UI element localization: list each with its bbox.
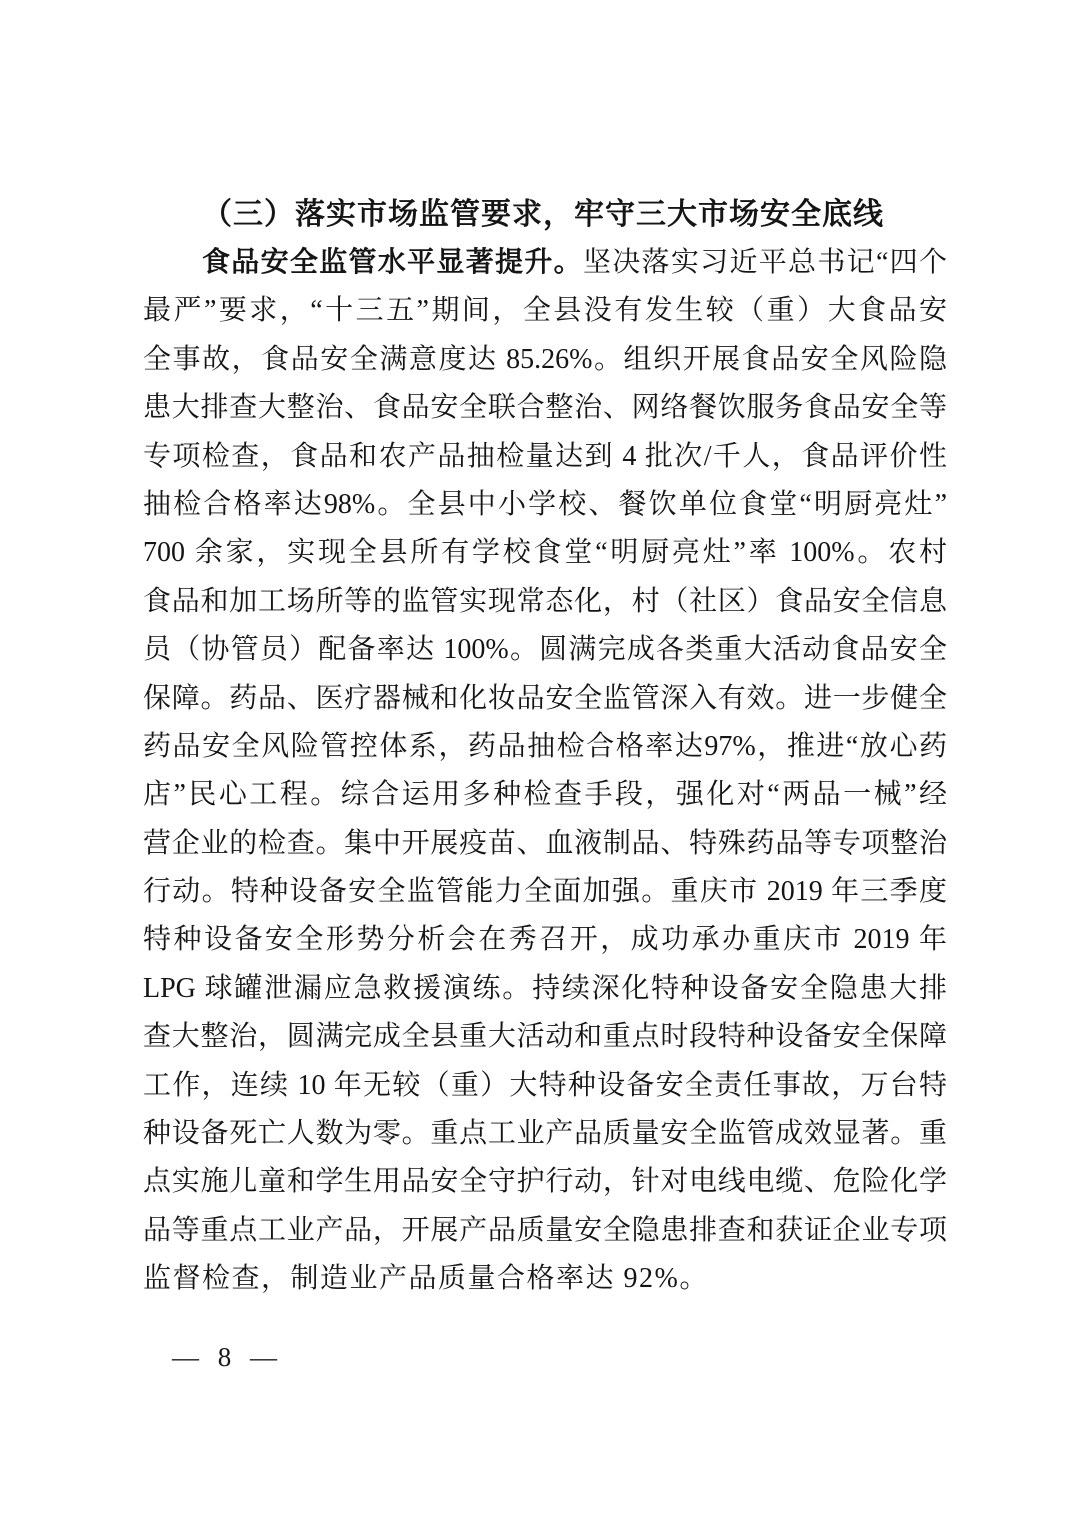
paragraph-line: 食品和加工场所等的监管实现常态化，村（社区）食品安全信息 xyxy=(143,578,947,626)
text-block: （三）落实市场监管要求，牢守三大市场安全底线 食品安全监管水平显著提升。坚决落实… xyxy=(143,190,947,1304)
page-number: — 8 — xyxy=(172,1342,283,1373)
paragraph-line: 查大整治，圆满完成全县重大活动和重点时段特种设备安全保障 xyxy=(143,1013,947,1061)
paragraph-body: 最严”要求，“十三五”期间，全县没有发生较（重）大食品安全事故，食品安全满意度达… xyxy=(143,287,947,1255)
paragraph-line: 员（协管员）配备率达 100%。圆满完成各类重大活动食品安全 xyxy=(143,626,947,674)
paragraph-first-line: 食品安全监管水平显著提升。坚决落实习近平总书记“四个 xyxy=(143,239,947,287)
paragraph-line: 工作，连续 10 年无较（重）大特种设备安全责任事故，万台特 xyxy=(143,1062,947,1110)
paragraph-line: 店”民心工程。综合运用多种检查手段，强化对“两品一械”经 xyxy=(143,771,947,819)
paragraph-line: 点实施儿童和学生用品安全守护行动，针对电线电缆、危险化学 xyxy=(143,1158,947,1206)
paragraph-last-line: 监督检查，制造业产品质量合格率达 92%。 xyxy=(143,1255,947,1303)
paragraph-line: 行动。特种设备安全监管能力全面加强。重庆市 2019 年三季度 xyxy=(143,868,947,916)
paragraph-line: 患大排查大整治、食品安全联合整治、网络餐饮服务食品安全等 xyxy=(143,384,947,432)
paragraph-line: 最严”要求，“十三五”期间，全县没有发生较（重）大食品安 xyxy=(143,287,947,335)
section-heading: （三）落实市场监管要求，牢守三大市场安全底线 xyxy=(143,190,947,239)
paragraph-lead-bold: 食品安全监管水平显著提升。 xyxy=(202,247,583,278)
paragraph-line: 保障。药品、医疗器械和化妆品安全监管深入有效。进一步健全 xyxy=(143,675,947,723)
paragraph-line: 全事故，食品安全满意度达 85.26%。组织开展食品安全风险隐 xyxy=(143,336,947,384)
paragraph-line: 抽检合格率达98%。全县中小学校、餐饮单位食堂“明厨亮灶” xyxy=(143,481,947,529)
paragraph-line: 特种设备安全形势分析会在秀召开，成功承办重庆市 2019 年 xyxy=(143,916,947,964)
paragraph-line: LPG 球罐泄漏应急救援演练。持续深化特种设备安全隐患大排 xyxy=(143,965,947,1013)
paragraph-line: 种设备死亡人数为零。重点工业产品质量安全监管成效显著。重 xyxy=(143,1110,947,1158)
paragraph-line: 营企业的检查。集中开展疫苗、血液制品、特殊药品等专项整治 xyxy=(143,820,947,868)
document-page: （三）落实市场监管要求，牢守三大市场安全底线 食品安全监管水平显著提升。坚决落实… xyxy=(0,0,1074,1519)
paragraph-line: 药品安全风险管控体系，药品抽检合格率达97%，推进“放心药 xyxy=(143,723,947,771)
paragraph-line: 专项检查，食品和农产品抽检量达到 4 批次/千人，食品评价性 xyxy=(143,433,947,481)
paragraph-line: 700 余家，实现全县所有学校食堂“明厨亮灶”率 100%。农村 xyxy=(143,529,947,577)
paragraph-lead-rest: 坚决落实习近平总书记“四个 xyxy=(583,247,947,278)
paragraph-line: 品等重点工业产品，开展产品质量安全隐患排查和获证企业专项 xyxy=(143,1207,947,1255)
